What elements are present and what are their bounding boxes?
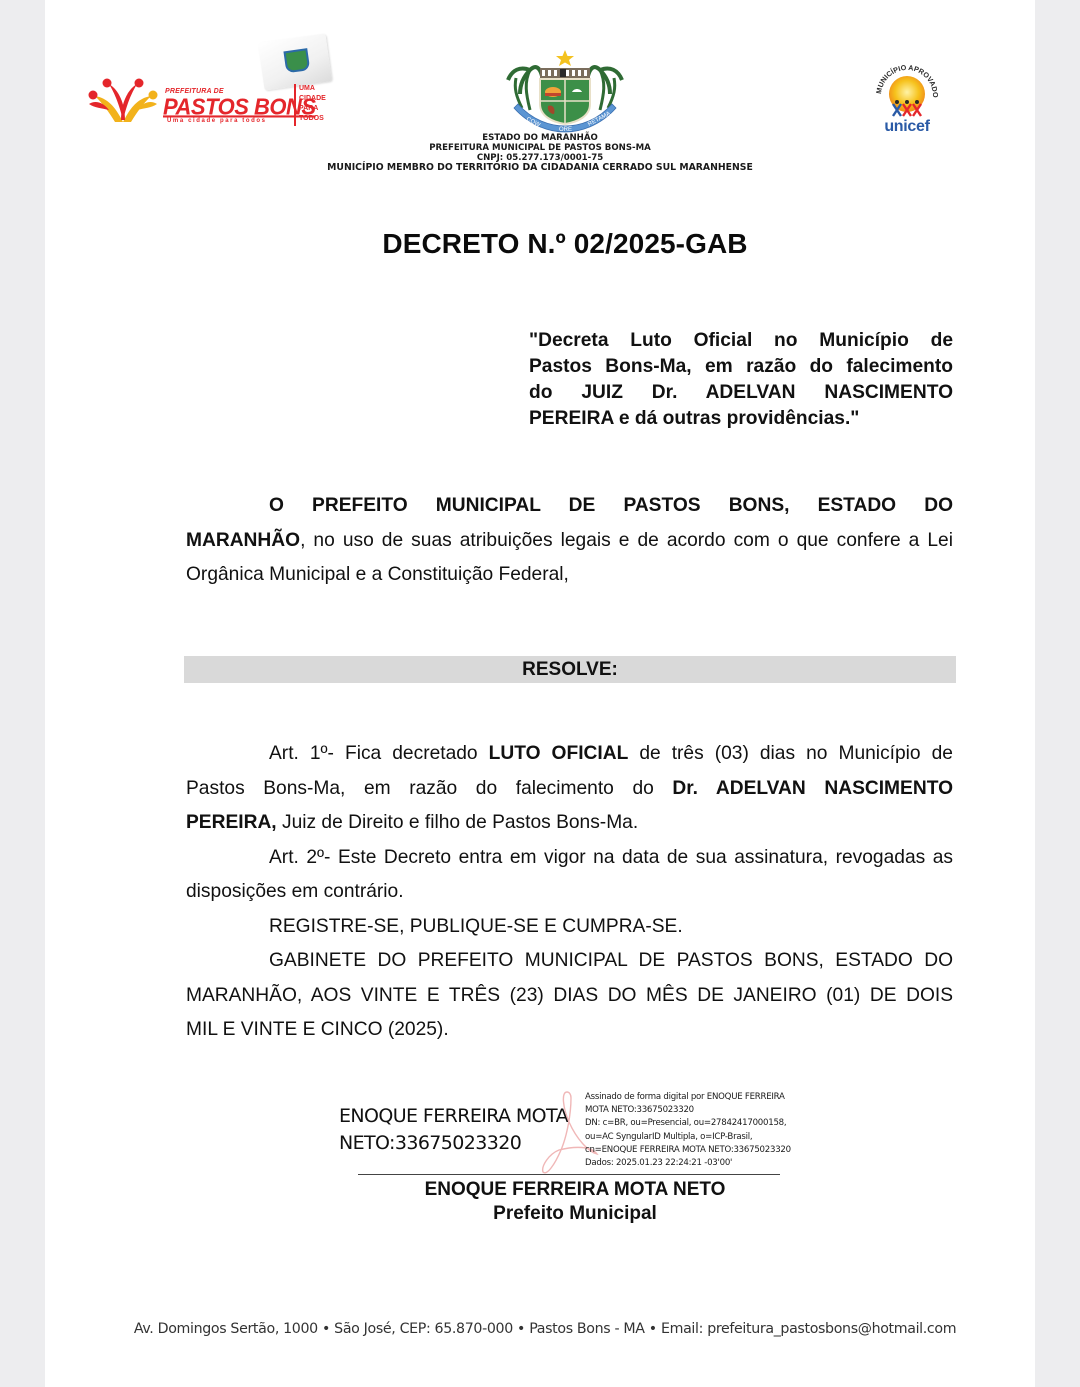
document-page: PREFEITURA DE PASTOS BONS Uma cidade par… <box>45 0 1035 1387</box>
letterhead-state: ESTADO DO MARANHÃO <box>45 133 1035 143</box>
resolve-heading: RESOLVE: <box>184 656 956 683</box>
crest-motto-3: RETAMA <box>587 111 612 128</box>
prefeitura-logo: PREFEITURA DE PASTOS BONS Uma cidade par… <box>85 34 345 134</box>
municipal-crest-icon: COW ORE RETAMA <box>500 48 630 134</box>
registre-line: REGISTRE-SE, PUBLIQUE-SE E CUMPRA-SE. <box>186 910 953 945</box>
digital-signature-details: Assinado de forma digital por ENOQUE FER… <box>585 1091 835 1170</box>
articles-section: Art. 1º- Fica decretado LUTO OFICIAL de … <box>186 737 953 1048</box>
footer-address: Av. Domingos Sertão, 1000 • São José, CE… <box>45 1321 1045 1337</box>
crest-motto-1: COW <box>525 116 541 128</box>
logo-tagline: Uma cidade para todos <box>167 118 267 124</box>
signer-role: Prefeito Municipal <box>45 1202 1080 1226</box>
article-1: Art. 1º- Fica decretado LUTO OFICIAL de … <box>186 737 953 772</box>
signer-block: ENOQUE FERREIRA MOTA NETO Prefeito Munic… <box>45 1178 1080 1226</box>
sun-emblem-icon: MUNICÍPIO APROVADO <box>873 60 941 120</box>
letterhead-territory: MUNICÍPIO MEMBRO DO TERRITÓRIO DA CIDADA… <box>45 163 1035 173</box>
unicef-logo: MUNICÍPIO APROVADO unicef <box>873 60 941 140</box>
people-emblem-icon <box>85 76 161 126</box>
signature-line <box>358 1174 780 1175</box>
signer-name: ENOQUE FERREIRA MOTA NETO <box>45 1178 1080 1202</box>
logo-side-text: UMA CIDADE PARA TODOS <box>299 84 326 124</box>
gabinete-line: GABINETE DO PREFEITO MUNICIPAL DE PASTOS… <box>186 944 953 979</box>
preamble-paragraph: O PREFEITO MUNICIPAL DE PASTOS BONS, EST… <box>186 489 953 593</box>
letterhead: ESTADO DO MARANHÃO PREFEITURA MUNICIPAL … <box>45 133 1035 173</box>
letterhead-prefeitura: PREFEITURA MUNICIPAL DE PASTOS BONS-MA <box>45 143 1035 153</box>
decree-summary: "Decreta Luto Oficial no Município de Pa… <box>529 328 953 432</box>
article-2: Art. 2º- Este Decreto entra em vigor na … <box>186 841 953 876</box>
logo-name: PASTOS BONS <box>163 93 316 120</box>
logo-divider <box>294 84 296 126</box>
municipal-flag-icon <box>258 34 332 91</box>
decree-title: DECRETO N.º 02/2025-GAB <box>45 228 1080 260</box>
